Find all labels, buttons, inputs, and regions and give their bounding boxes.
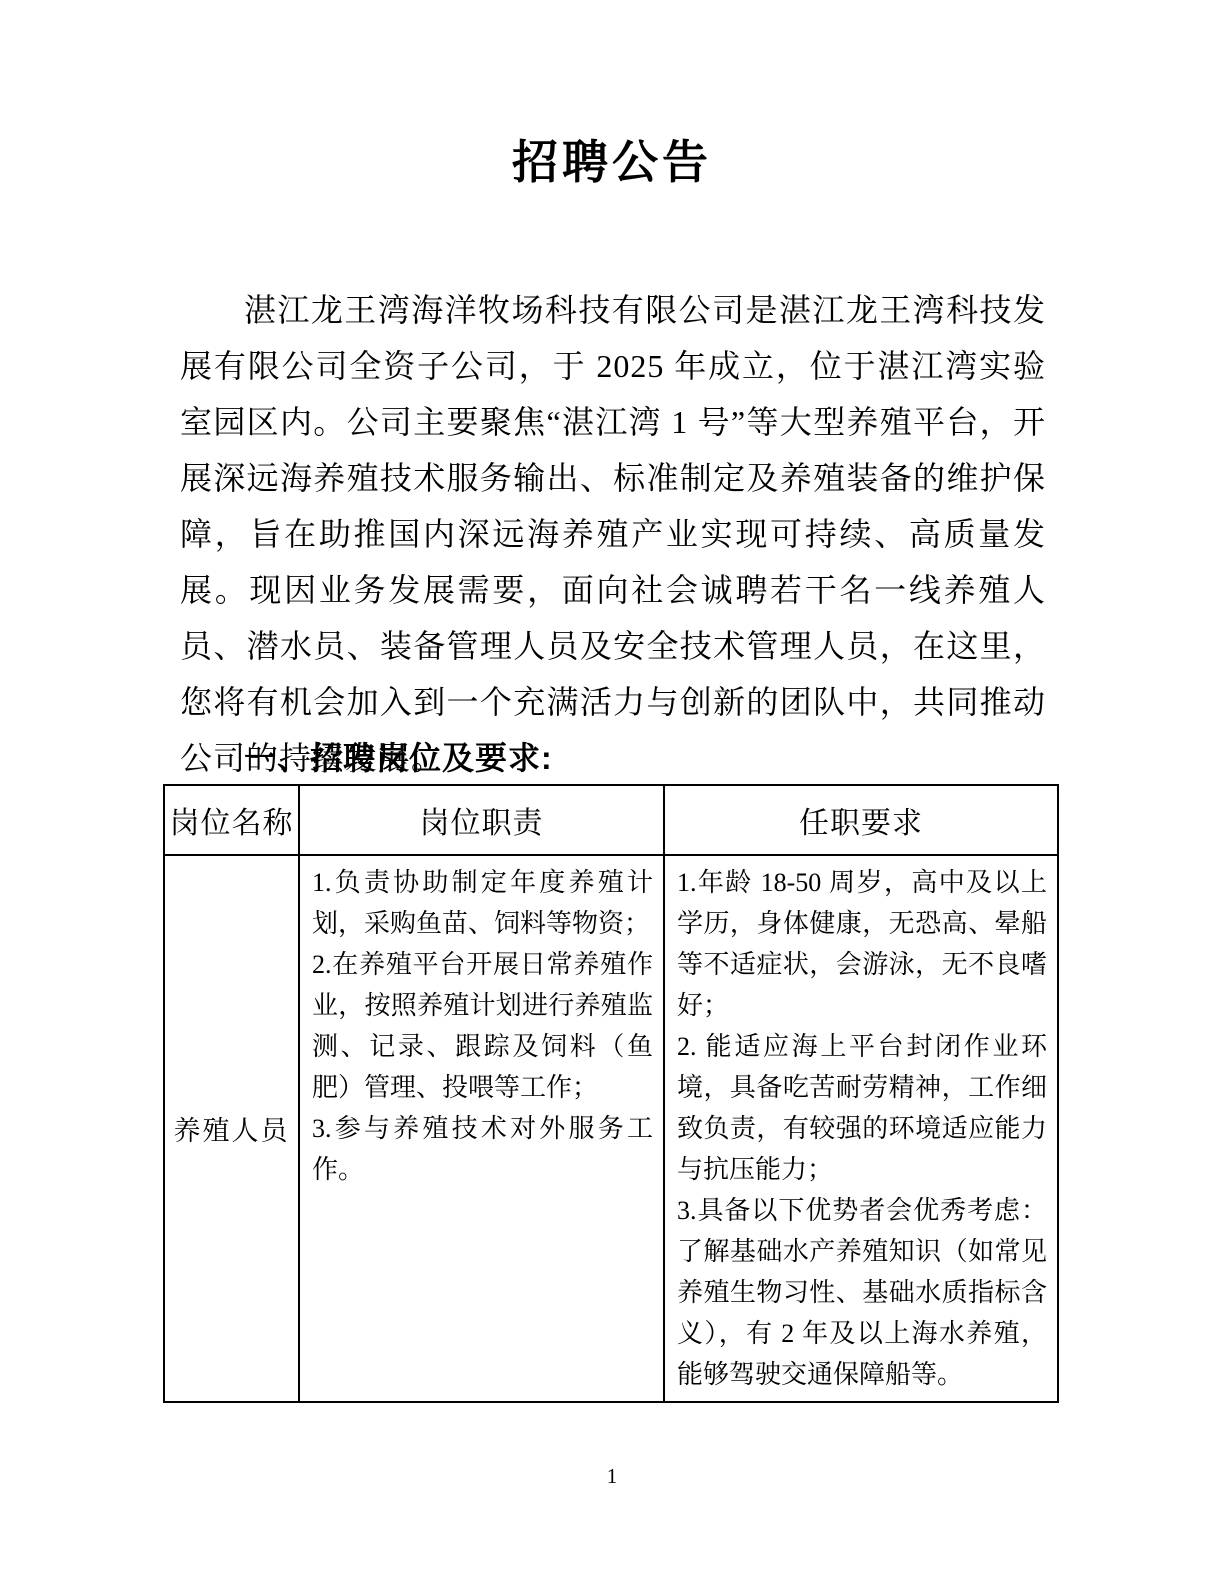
table-row: 养殖人员 1.负责协助制定年度养殖计划，采购鱼苗、饲料等物资； 2.在养殖平台开… — [164, 855, 1058, 1402]
position-requirements-cell: 1.年龄 18-50 周岁，高中及以上学历，身体健康，无恐高、晕船等不适症状，会… — [664, 855, 1058, 1402]
jobs-table-body: 养殖人员 1.负责协助制定年度养殖计划，采购鱼苗、饲料等物资； 2.在养殖平台开… — [164, 855, 1058, 1402]
requirement-item: 2. 能适应海上平台封闭作业环境，具备吃苦耐劳精神，工作细致负责，有较强的环境适… — [677, 1026, 1047, 1190]
document-title: 招聘公告 — [0, 126, 1224, 192]
column-header-requirements: 任职要求 — [664, 785, 1058, 855]
duty-item: 2.在养殖平台开展日常养殖作业，按照养殖计划进行养殖监测、记录、跟踪及饲料（鱼肥… — [312, 944, 653, 1108]
page-number: 1 — [0, 1464, 1224, 1489]
column-header-position: 岗位名称 — [164, 785, 299, 855]
section-heading: 一、招聘岗位及要求: — [244, 733, 553, 779]
requirement-item: 1.年龄 18-50 周岁，高中及以上学历，身体健康，无恐高、晕船等不适症状，会… — [677, 862, 1047, 1026]
requirement-item: 3.具备以下优势者会优秀考虑：了解基础水产养殖知识（如常见养殖生物习性、基础水质… — [677, 1190, 1047, 1395]
document-page: 招聘公告 湛江龙王湾海洋牧场科技有限公司是湛江龙王湾科技发展有限公司全资子公司，… — [0, 0, 1224, 1584]
intro-paragraph: 湛江龙王湾海洋牧场科技有限公司是湛江龙王湾科技发展有限公司全资子公司，于 202… — [180, 282, 1046, 786]
column-header-duties: 岗位职责 — [299, 785, 664, 855]
duty-item: 1.负责协助制定年度养殖计划，采购鱼苗、饲料等物资； — [312, 862, 653, 944]
jobs-table-header: 岗位名称 岗位职责 任职要求 — [164, 785, 1058, 855]
position-duties-cell: 1.负责协助制定年度养殖计划，采购鱼苗、饲料等物资； 2.在养殖平台开展日常养殖… — [299, 855, 664, 1402]
table-header-row: 岗位名称 岗位职责 任职要求 — [164, 785, 1058, 855]
duty-item: 3.参与养殖技术对外服务工作。 — [312, 1108, 653, 1190]
jobs-table: 岗位名称 岗位职责 任职要求 养殖人员 1.负责协助制定年度养殖计划，采购鱼苗、… — [163, 784, 1059, 1403]
position-name-cell: 养殖人员 — [164, 855, 299, 1402]
